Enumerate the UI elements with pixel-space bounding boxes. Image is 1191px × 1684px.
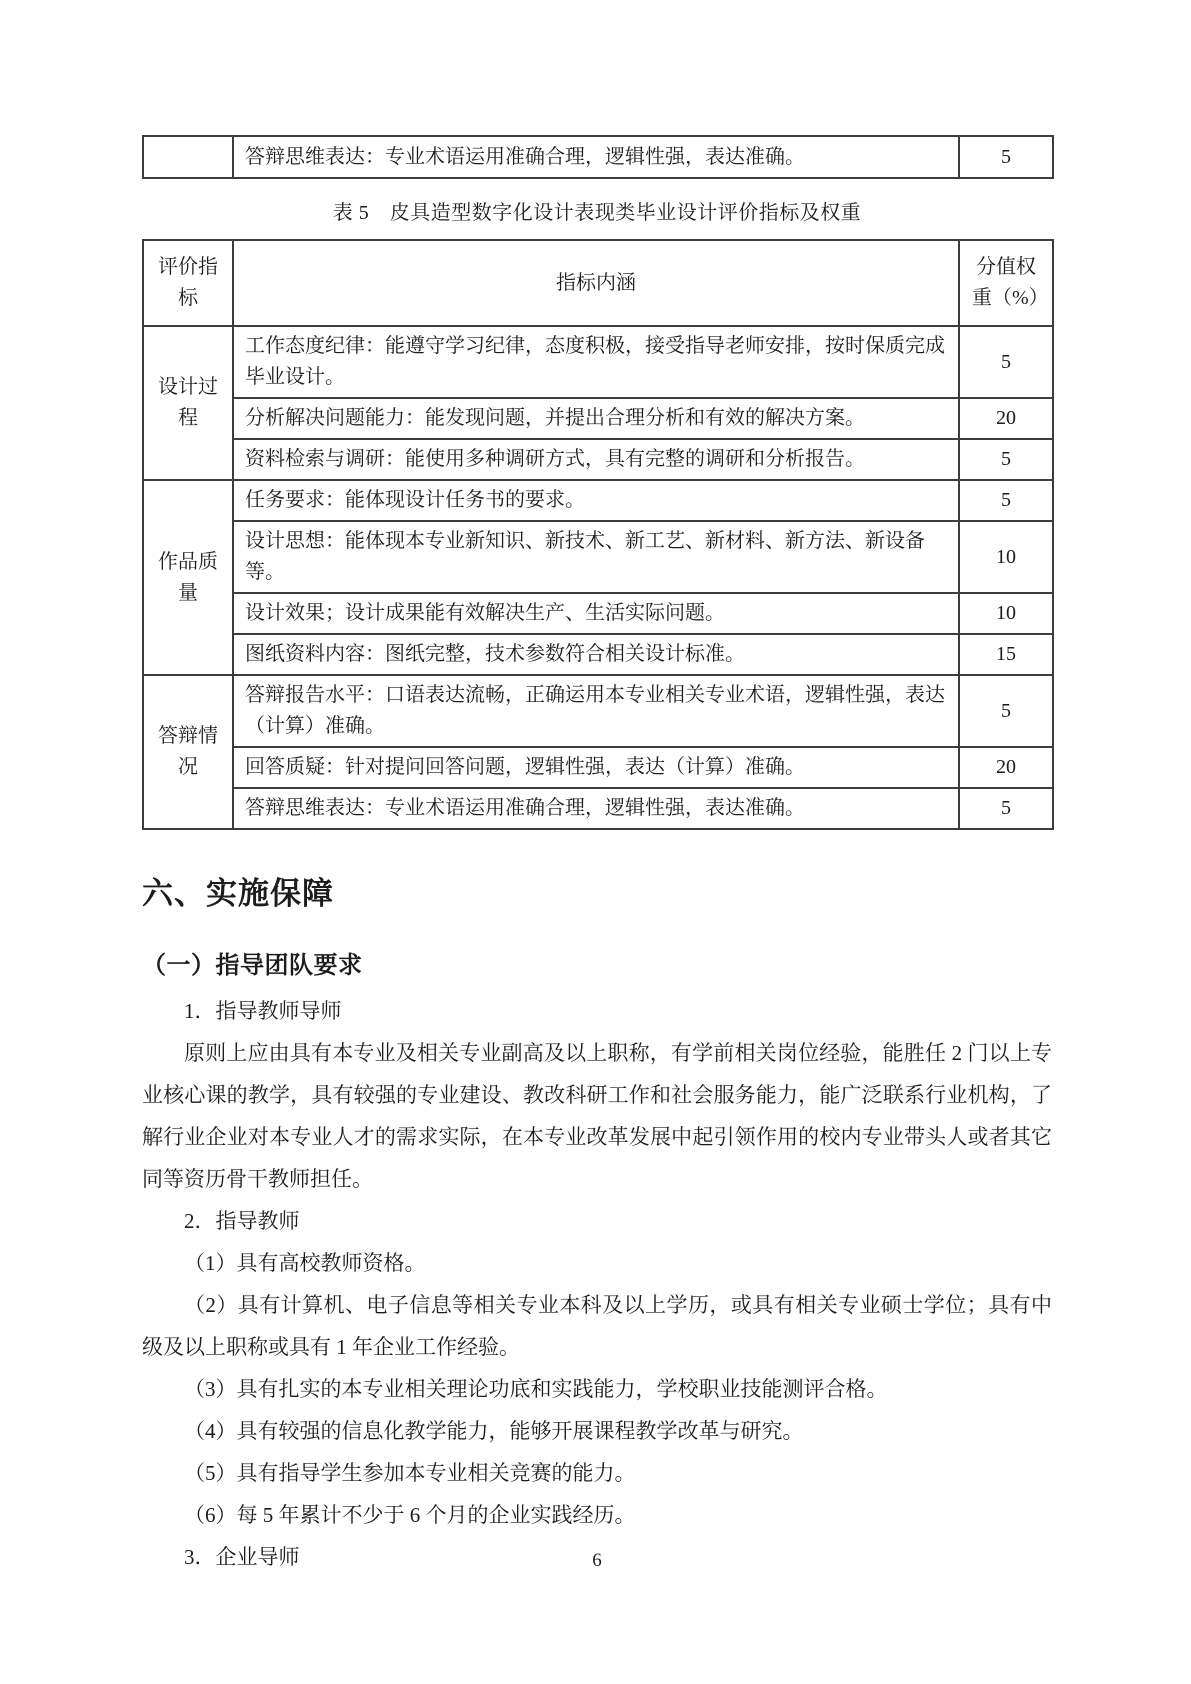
header-indicator: 评价指标 xyxy=(143,240,233,326)
table-row: 答辩思维表达：专业术语运用准确合理，逻辑性强，表达准确。 5 xyxy=(143,788,1053,829)
list-item: （3）具有扎实的本专业相关理论功底和实践能力，学校职业技能测评合格。 xyxy=(142,1368,1052,1410)
table5-caption: 表 5 皮具造型数字化设计表现类毕业设计评价指标及权重 xyxy=(142,196,1052,225)
continuation-table: 答辩思维表达：专业术语运用准确合理，逻辑性强，表达准确。 5 xyxy=(142,135,1054,179)
table-row: 答辩思维表达：专业术语运用准确合理，逻辑性强，表达准确。 5 xyxy=(143,136,1053,178)
continuation-content-cell: 答辩思维表达：专业术语运用准确合理，逻辑性强，表达准确。 xyxy=(233,136,959,178)
row-weight: 20 xyxy=(959,747,1053,788)
row-content: 任务要求：能体现设计任务书的要求。 xyxy=(233,480,959,521)
table-row: 分析解决问题能力：能发现问题，并提出合理分析和有效的解决方案。 20 xyxy=(143,398,1053,439)
body-text: 1．指导教师导师 原则上应由具有本专业及相关专业副高及以上职称，有学前相关岗位经… xyxy=(142,990,1052,1578)
row-content: 答辩报告水平：口语表达流畅，正确运用本专业相关专业术语，逻辑性强，表达（计算）准… xyxy=(233,675,959,747)
row-weight: 5 xyxy=(959,326,1053,398)
list-item: （6）每 5 年累计不少于 6 个月的企业实践经历。 xyxy=(142,1494,1052,1536)
continuation-weight-cell: 5 xyxy=(959,136,1053,178)
list-item: 2．指导教师 xyxy=(142,1200,1052,1242)
list-item: （2）具有计算机、电子信息等相关专业本科及以上学历，或具有相关专业硕士学位；具有… xyxy=(142,1284,1052,1368)
table-row: 设计思想：能体现本专业新知识、新技术、新工艺、新材料、新方法、新设备等。 10 xyxy=(143,521,1053,593)
list-item: （1）具有高校教师资格。 xyxy=(142,1242,1052,1284)
table-row: 回答质疑：针对提问回答问题，逻辑性强，表达（计算）准确。 20 xyxy=(143,747,1053,788)
table-row: 作品质量 任务要求：能体现设计任务书的要求。 5 xyxy=(143,480,1053,521)
row-weight: 5 xyxy=(959,439,1053,480)
row-weight: 15 xyxy=(959,634,1053,675)
table-row: 设计效果；设计成果能有效解决生产、生活实际问题。 10 xyxy=(143,593,1053,634)
table-row: 资料检索与调研：能使用多种调研方式，具有完整的调研和分析报告。 5 xyxy=(143,439,1053,480)
continuation-group-cell xyxy=(143,136,233,178)
row-content: 资料检索与调研：能使用多种调研方式，具有完整的调研和分析报告。 xyxy=(233,439,959,480)
table5: 评价指标 指标内涵 分值权重（%） 设计过程 工作态度纪律：能遵守学习纪律，态度… xyxy=(142,239,1054,830)
paragraph: 原则上应由具有本专业及相关专业副高及以上职称，有学前相关岗位经验，能胜任 2 门… xyxy=(142,1032,1052,1200)
list-item: （5）具有指导学生参加本专业相关竞赛的能力。 xyxy=(142,1452,1052,1494)
subsection-heading: （一）指导团队要求 xyxy=(142,945,1052,980)
page-number: 6 xyxy=(142,1550,1052,1572)
row-weight: 5 xyxy=(959,480,1053,521)
table-row: 图纸资料内容：图纸完整，技术参数符合相关设计标准。 15 xyxy=(143,634,1053,675)
group-label-work-quality: 作品质量 xyxy=(143,480,233,675)
row-content: 设计思想：能体现本专业新知识、新技术、新工艺、新材料、新方法、新设备等。 xyxy=(233,521,959,593)
row-weight: 10 xyxy=(959,593,1053,634)
list-item: 1．指导教师导师 xyxy=(142,990,1052,1032)
table-row: 设计过程 工作态度纪律：能遵守学习纪律，态度积极，接受指导老师安排，按时保质完成… xyxy=(143,326,1053,398)
group-label-design-process: 设计过程 xyxy=(143,326,233,480)
row-content: 工作态度纪律：能遵守学习纪律，态度积极，接受指导老师安排，按时保质完成毕业设计。 xyxy=(233,326,959,398)
table-row: 答辩情况 答辩报告水平：口语表达流畅，正确运用本专业相关专业术语，逻辑性强，表达… xyxy=(143,675,1053,747)
header-weight: 分值权重（%） xyxy=(959,240,1053,326)
row-content: 设计效果；设计成果能有效解决生产、生活实际问题。 xyxy=(233,593,959,634)
row-content: 图纸资料内容：图纸完整，技术参数符合相关设计标准。 xyxy=(233,634,959,675)
document-page: 答辩思维表达：专业术语运用准确合理，逻辑性强，表达准确。 5 表 5 皮具造型数… xyxy=(0,0,1191,1684)
row-weight: 5 xyxy=(959,788,1053,829)
section-heading: 六、实施保障 xyxy=(142,868,1052,913)
row-content: 答辩思维表达：专业术语运用准确合理，逻辑性强，表达准确。 xyxy=(233,788,959,829)
row-weight: 10 xyxy=(959,521,1053,593)
header-content: 指标内涵 xyxy=(233,240,959,326)
group-label-defense: 答辩情况 xyxy=(143,675,233,829)
row-content: 分析解决问题能力：能发现问题，并提出合理分析和有效的解决方案。 xyxy=(233,398,959,439)
row-weight: 20 xyxy=(959,398,1053,439)
row-content: 回答质疑：针对提问回答问题，逻辑性强，表达（计算）准确。 xyxy=(233,747,959,788)
table-header-row: 评价指标 指标内涵 分值权重（%） xyxy=(143,240,1053,326)
list-item: （4）具有较强的信息化教学能力，能够开展课程教学改革与研究。 xyxy=(142,1410,1052,1452)
row-weight: 5 xyxy=(959,675,1053,747)
